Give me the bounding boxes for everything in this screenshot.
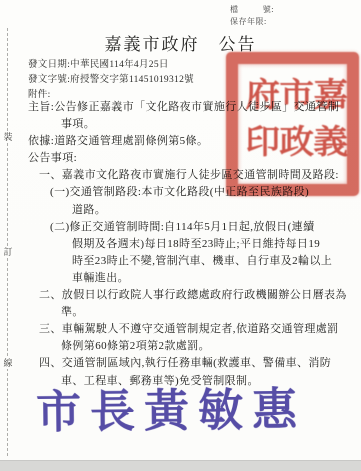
binding-mark-xian: 線 xyxy=(2,357,14,369)
doc-number: 發文字號:府授警交字第11451019312號 xyxy=(28,73,194,88)
item-3-cont: 條例第60條第2項第2款處罰。 xyxy=(28,338,346,355)
legal-basis-line: 依據:道路交通管理處罰條例第5條。 xyxy=(28,133,346,150)
item-2: 二、放假日以行政院人事行政總處政府行政機關辦公日曆表為 xyxy=(28,287,346,304)
item-1: 一、嘉義市文化路夜市實施行人徒步區交通管制時間及路段: xyxy=(28,167,346,184)
item-1-2-cont-b: 時至23時止不變,管制汽車、機車、自行車及2輪以上 xyxy=(28,253,346,270)
file-number-label: 檔 號: xyxy=(230,4,274,16)
item-1-1-cont: 道路。 xyxy=(28,202,346,219)
announcement-body: 主旨:公告修正嘉義市「文化路夜市實施行人徒步區」交通管制 事項。 依據:道路交通… xyxy=(28,99,346,390)
retention-period-label: 保存年限: xyxy=(230,16,274,28)
item-1-2-cont-c: 車輛進出。 xyxy=(28,270,346,287)
announcement-items-header: 公告事項: xyxy=(28,150,346,167)
subject-line: 主旨:公告修正嘉義市「文化路夜市實施行人徒步區」交通管制 xyxy=(28,99,346,116)
mayor-signature: 市長黃敏惠 xyxy=(36,372,327,440)
item-1-1: (一)交通管制路段:本市文化路段(中正路至民族路段) xyxy=(28,184,346,201)
item-4: 四、交通管制區域內,執行任務車輛(救護車、警備車、消防 xyxy=(28,355,346,372)
document-meta: 發文日期:中華民國114年4月25日 發文字號:府授警交字第1145101931… xyxy=(28,58,194,103)
issue-date: 發文日期:中華民國114年4月25日 xyxy=(28,58,194,73)
page-title: 嘉義市政府 公告 xyxy=(0,30,361,55)
document-page: 裝 訂 線 檔 號: 保存年限: 嘉義市政府 公告 發文日期:中華民國114年4… xyxy=(0,0,361,471)
archival-labels: 檔 號: 保存年限: xyxy=(230,4,274,28)
subject-line-cont: 事項。 xyxy=(28,116,346,133)
binding-dotted-line xyxy=(7,28,8,456)
item-2-cont: 準。 xyxy=(28,304,346,321)
file-number-label-right: 號: xyxy=(263,4,274,16)
item-1-2-cont-a: 假期及各週末)每日18時至23時止;平日維持每日19 xyxy=(28,236,346,253)
binding-mark-zhuang: 裝 xyxy=(2,131,14,143)
binding-mark-ding: 訂 xyxy=(2,246,14,258)
file-number-label-left: 檔 xyxy=(230,4,239,16)
item-1-2: (二)修正交通管制時間:自114年5月1日起,放假日(連續 xyxy=(28,219,346,236)
scan-edge-bar xyxy=(0,460,361,471)
item-3: 三、車輛駕駛人不遵守交通管制規定者,依道路交通管理處罰 xyxy=(28,321,346,338)
